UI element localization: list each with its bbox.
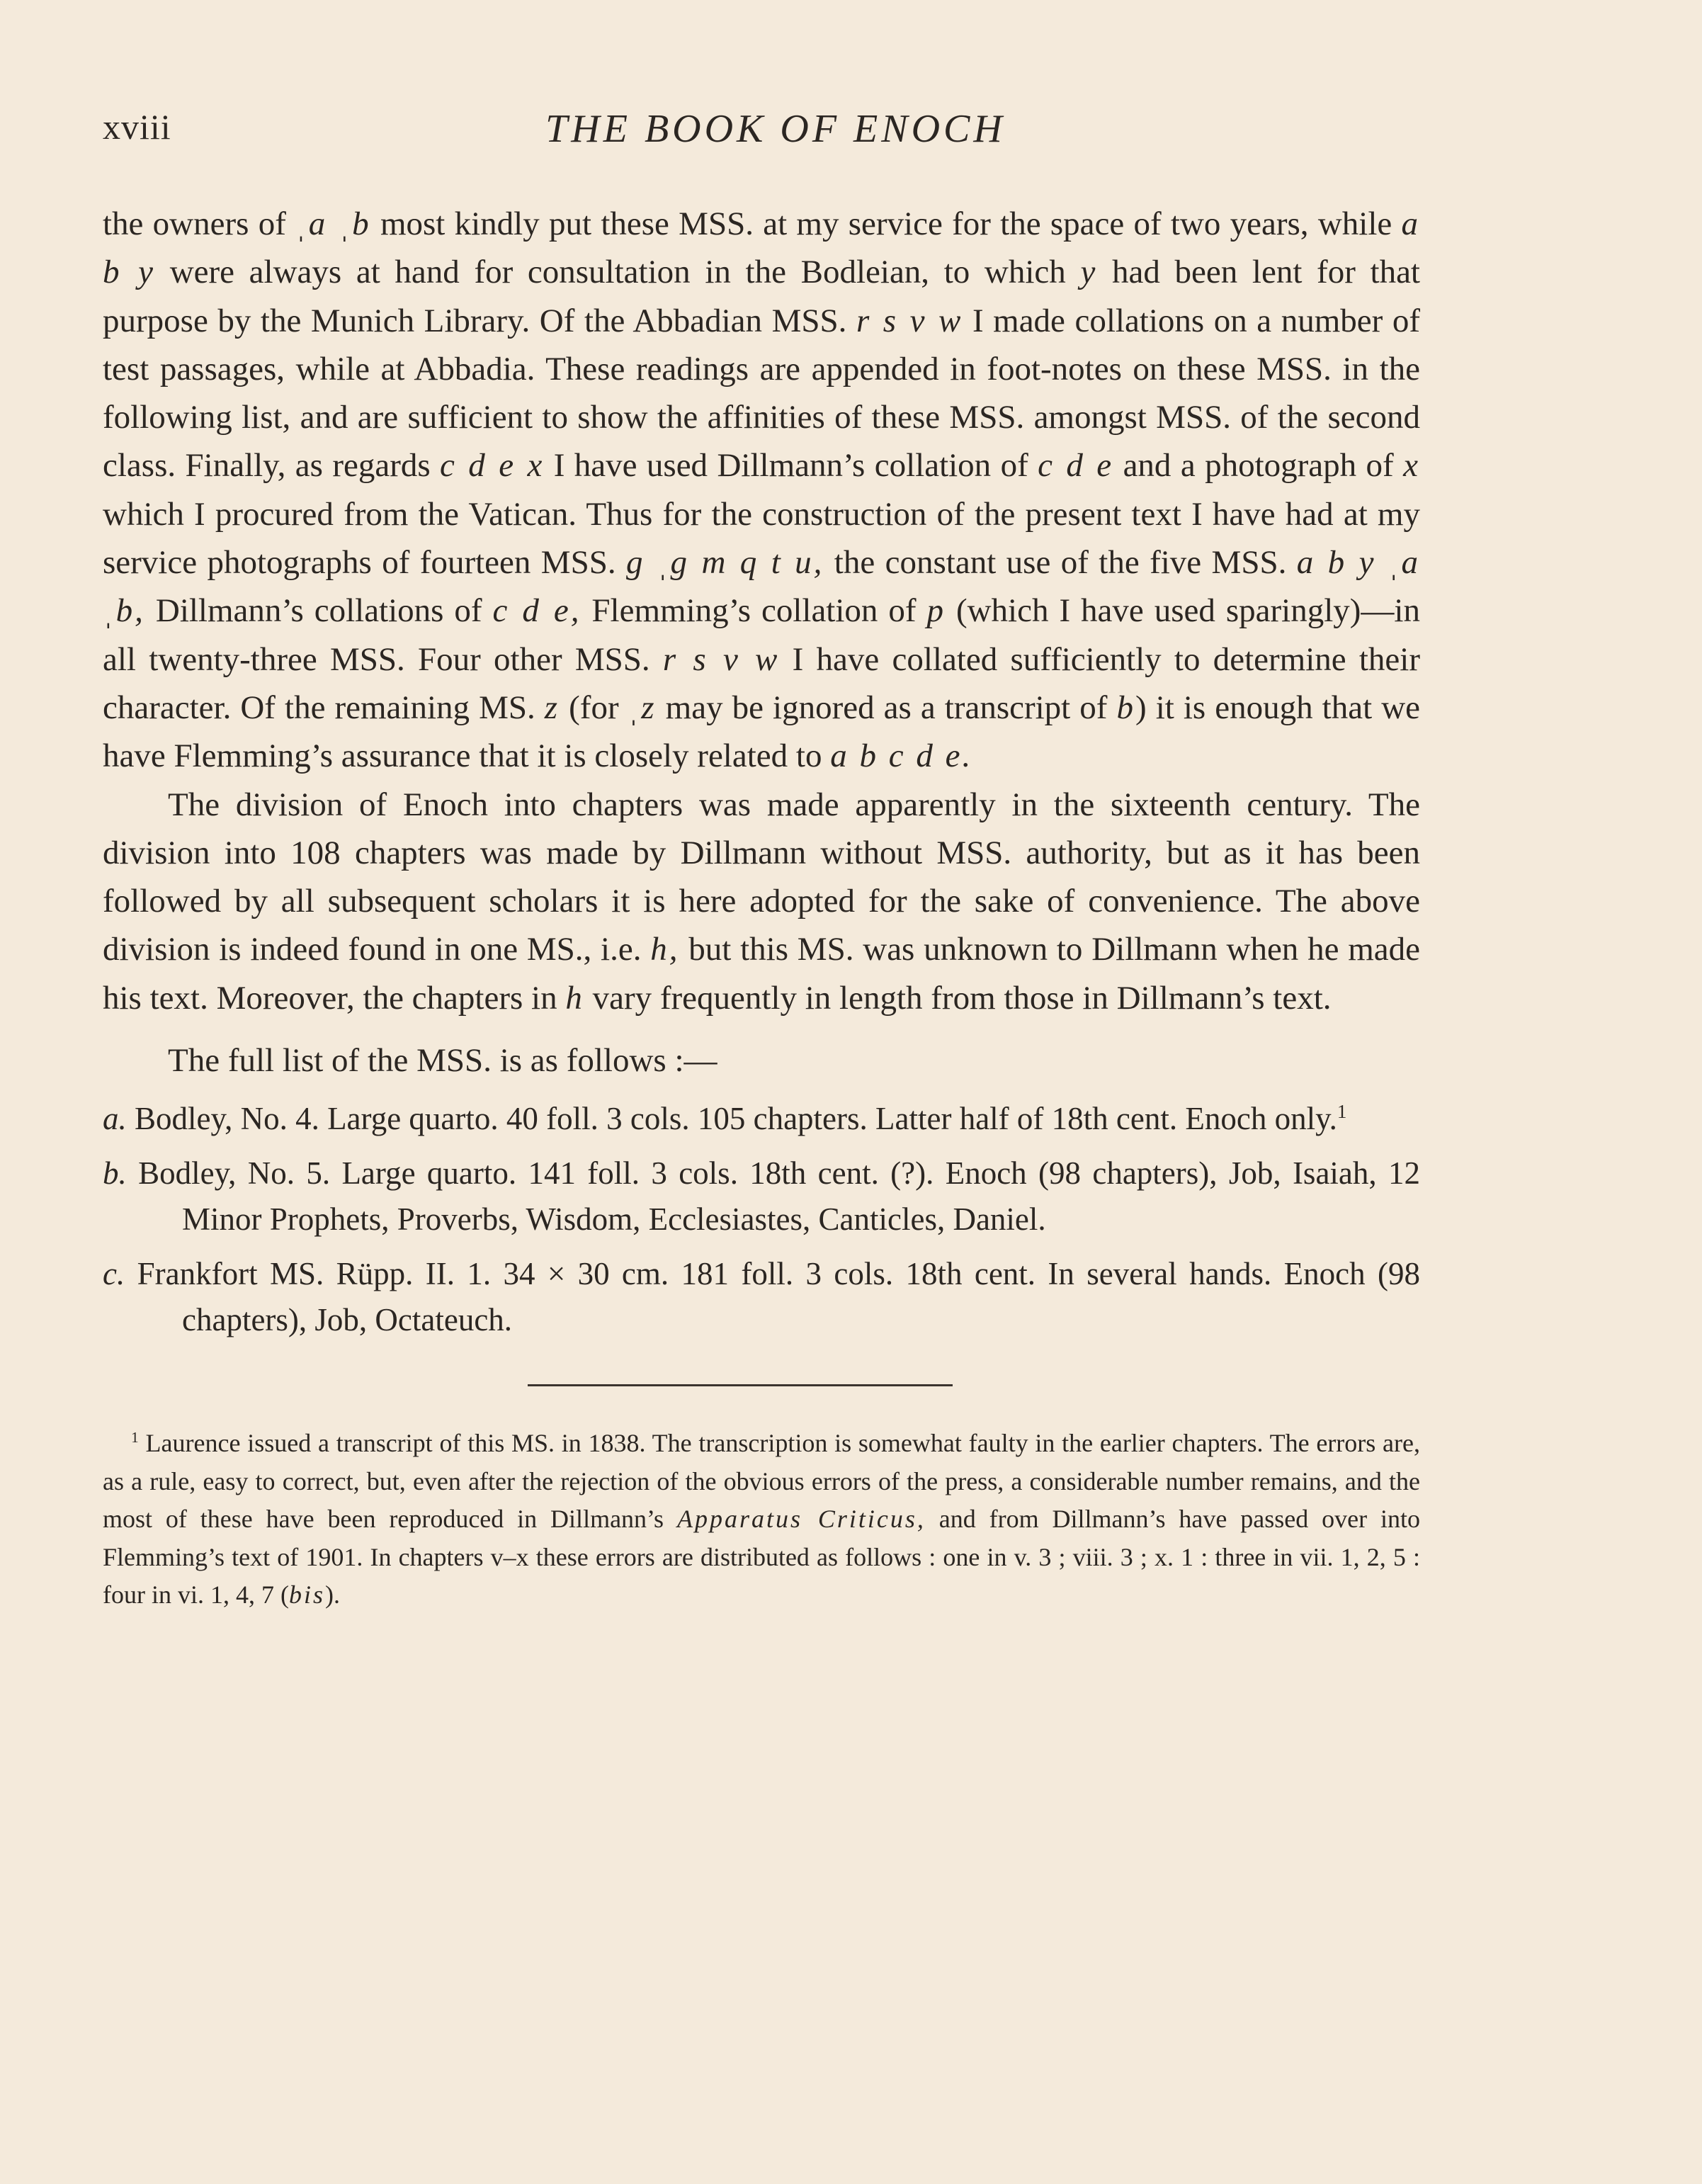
- running-head: xviii THE BOOK OF ENOCH: [103, 106, 1420, 156]
- manuscript-description: Bodley, No. 5. Large quarto. 141 foll. 3…: [138, 1155, 1420, 1237]
- footnote-ref[interactable]: 1: [1337, 1101, 1347, 1122]
- manuscript-siglum-italic: h,: [650, 931, 679, 968]
- manuscript-list: a. Bodley, No. 4. Large quarto. 40 foll.…: [103, 1096, 1420, 1343]
- manuscript-entry: c. Frankfort MS. Rüpp. II. 1. 34 × 30 cm…: [103, 1251, 1420, 1343]
- manuscript-description: Frankfort MS. Rüpp. II. 1. 34 × 30 cm. 1…: [137, 1256, 1420, 1337]
- manuscript-siglum-italic: y: [1080, 254, 1097, 290]
- manuscript-entry: a. Bodley, No. 4. Large quarto. 40 foll.…: [103, 1096, 1420, 1142]
- footnotes: 1 Laurence issued a transcript of this M…: [103, 1425, 1420, 1614]
- manuscript-entry: b. Bodley, No. 5. Large quarto. 141 foll…: [103, 1150, 1420, 1243]
- manuscript-siglum-italic: r s v w: [856, 302, 963, 339]
- manuscript-siglum-italic: Apparatus Criticus,: [677, 1505, 926, 1533]
- manuscript-description: Bodley, No. 4. Large quarto. 40 foll. 3 …: [135, 1101, 1337, 1136]
- manuscript-siglum: c.: [103, 1256, 125, 1291]
- body-text: the owners of ˌa ˌb most kindly put thes…: [103, 200, 1420, 1085]
- manuscript-siglum-italic: c d e,: [493, 592, 581, 629]
- book-page: xviii THE BOOK OF ENOCH the owners of ˌa…: [103, 106, 1420, 1614]
- manuscript-siglum-italic: ˌz: [628, 689, 657, 726]
- footnote-marker: 1: [131, 1429, 139, 1446]
- manuscript-siglum-italic: p: [927, 592, 946, 629]
- manuscript-siglum-italic: bis: [289, 1580, 325, 1609]
- manuscript-siglum: a.: [103, 1101, 127, 1136]
- manuscript-siglum-italic: c d e: [1038, 447, 1113, 484]
- manuscript-siglum-italic: g ˌg m q t u,: [626, 544, 824, 581]
- footnote: 1 Laurence issued a transcript of this M…: [103, 1425, 1420, 1614]
- footnote-divider: [528, 1384, 953, 1386]
- manuscript-siglum-italic: a b c d e.: [830, 737, 972, 774]
- manuscript-siglum-italic: r s v w: [663, 641, 780, 678]
- manuscript-siglum-italic: h: [565, 980, 584, 1017]
- paragraph: The full list of the MSS. is as follows …: [103, 1036, 1420, 1085]
- manuscript-siglum-italic: x: [1403, 447, 1420, 484]
- manuscript-siglum-italic: ˌa ˌb: [295, 205, 371, 242]
- paragraph: the owners of ˌa ˌb most kindly put thes…: [103, 200, 1420, 781]
- paragraph: The division of Enoch into chapters was …: [103, 781, 1420, 1022]
- running-title: THE BOOK OF ENOCH: [103, 106, 1420, 152]
- manuscript-siglum-italic: b: [1117, 689, 1136, 726]
- manuscript-siglum: b.: [103, 1155, 127, 1191]
- manuscript-siglum-italic: z: [545, 689, 560, 726]
- manuscript-siglum-italic: c d e x: [440, 447, 544, 484]
